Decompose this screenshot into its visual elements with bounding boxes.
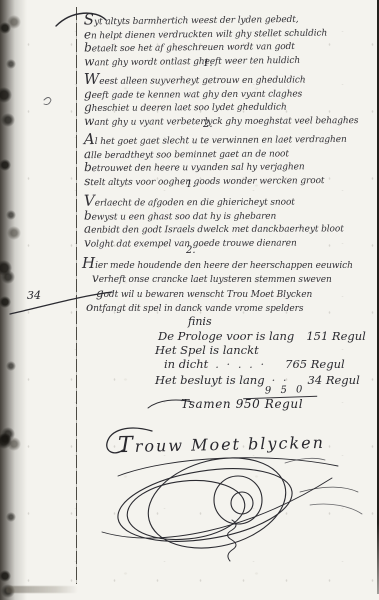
stanza-2: Weest alleen suyverheyt getrouw en ghedu…	[84, 72, 359, 129]
colophon-label: Het Spel is lanckt	[155, 343, 259, 357]
finis-label: finis	[188, 315, 212, 328]
stanza-4: Verlaecht de afgoden en die ghiericheyt …	[84, 194, 344, 251]
margin-rule-line	[76, 7, 77, 584]
colophon-label: in dicht	[164, 357, 208, 371]
manuscript-line: volght dat exempel van goede trouwe dien…	[84, 236, 344, 251]
colophon-row: De Prologe voor is lang151 Regul	[158, 329, 366, 343]
manuscript-line: Al het goet gaet slecht u te verwinnen e…	[84, 132, 347, 149]
margin-note: 34	[27, 289, 41, 302]
stanza-number: 2.	[186, 245, 196, 256]
manuscript-line: bewyst u een ghast soo dat hy is ghebare…	[84, 209, 344, 224]
signature-flourish	[102, 444, 362, 561]
manuscript-line: Hier mede houdende den heere der heersch…	[82, 257, 353, 272]
binding-edge-shadow	[0, 0, 30, 600]
manuscript-line: aenbidt den godt Israels dwelck met danc…	[84, 223, 344, 238]
manuscript-line: verheft onse crancke laet luysteren stem…	[82, 272, 353, 286]
stanza-3: Al het goet gaet slecht u te verwinnen e…	[84, 132, 347, 190]
manuscript-page: Syt altyts barmhertich weest der lyden g…	[0, 0, 379, 600]
total-row: Tsamen 950 Regul	[181, 397, 303, 411]
colophon-value: 151 Regul	[306, 329, 366, 343]
total-value: 950 Regul	[236, 397, 304, 411]
manuscript-line: ontfangt dit spel in danck vande vrome s…	[82, 301, 353, 315]
zigzag-tail	[228, 520, 237, 561]
colophon-label: De Prologe voor is lang	[158, 329, 294, 343]
manuscript-line: Verlaecht de afgoden en die ghiericheyt …	[84, 194, 344, 210]
scan-smudge	[6, 586, 78, 593]
colophon-label: Het besluyt is lang	[155, 373, 265, 387]
dot-leader: . · . . ·	[215, 357, 266, 371]
stray-ink-mark	[44, 98, 51, 105]
stanza-number: 1.	[203, 58, 213, 69]
closing-paragraph: Hier mede houdende den heere der heersch…	[82, 257, 353, 316]
stanza-number: 1.	[186, 179, 196, 190]
total-label: Tsamen	[181, 397, 231, 411]
colophon-value: 765 Regul	[285, 357, 345, 371]
manuscript-line: want ghy u vyant verbeterlyck ghy moeghs…	[84, 114, 358, 130]
colophon-row: Het Spel is lanckt	[155, 343, 259, 357]
manuscript-line: godt wil u bewaren wenscht Trou Moet Bly…	[82, 287, 353, 301]
manuscript-line: stelt altyts voor ooghen goods wonder we…	[84, 174, 347, 190]
chamber-motto: Trouw Moet blycken	[118, 429, 325, 458]
colophon-row: in dicht. · . . ·765 Regul	[164, 357, 345, 371]
stanza-number: 2.	[203, 119, 213, 130]
